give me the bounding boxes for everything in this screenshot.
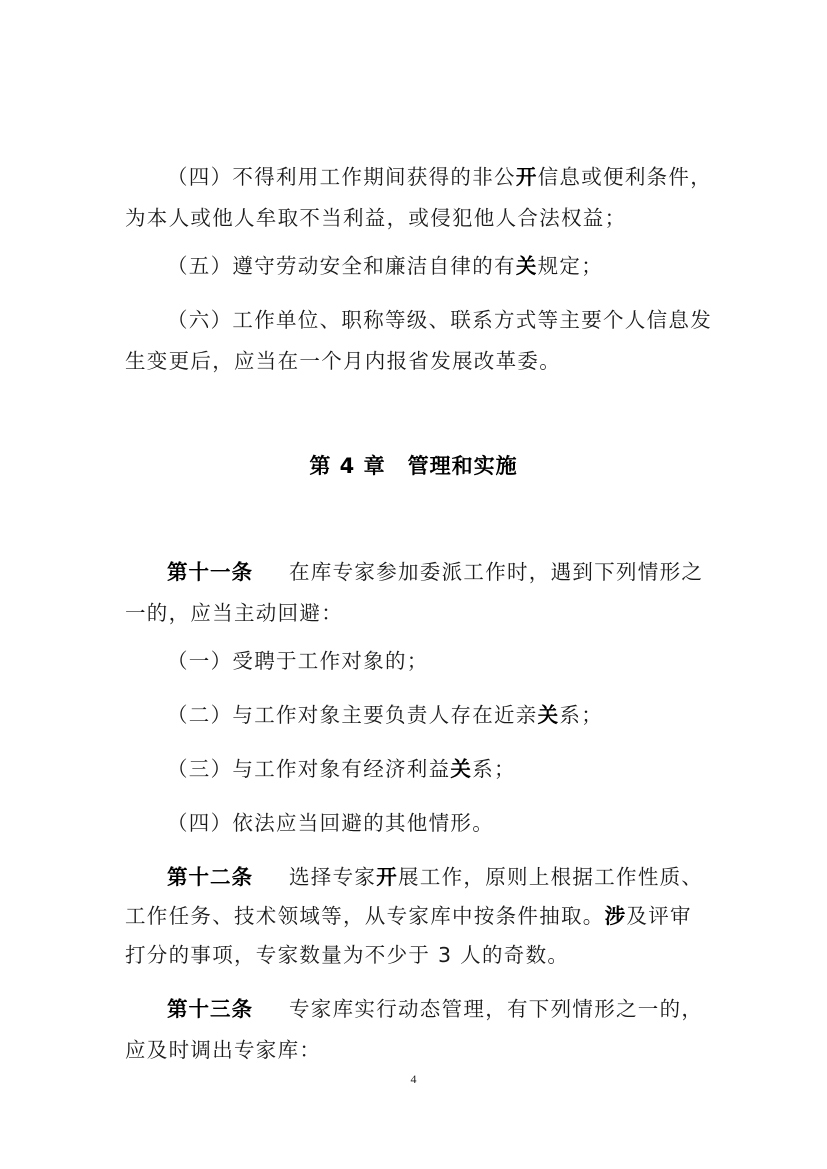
article-12-line-2: 工作任务、技术领域等，从专家库中按条件抽取。涉及评审 (125, 901, 705, 931)
article-11-text: 在库专家参加委派工作时，遇到下列情形之 (289, 560, 703, 584)
item-4-line-1: （四）不得利用工作期间获得的非公开信息或便利条件， (167, 162, 747, 192)
bold-text-segment: 开 (376, 865, 398, 889)
text-segment: 选择专家 (289, 865, 376, 889)
chapter-heading: 第 4 章管理和实施 (0, 451, 827, 481)
chapter-title: 管理和实施 (408, 454, 518, 478)
item-4-line-2: 为本人或他人牟取不当利益，或侵犯他人合法权益； (125, 203, 705, 233)
article-11-line-2: 一的，应当主动回避： (125, 598, 705, 628)
bold-text-segment: 关 (538, 703, 560, 727)
text-segment: 系； (472, 757, 516, 781)
article-13-label: 第十三条 (167, 994, 257, 1024)
item-6-line-2: 生变更后，应当在一个月内报省发展改革委。 (125, 346, 705, 376)
article-11-item-3: （三）与工作对象有经济利益关系； (167, 754, 747, 784)
text-segment: （二）与工作对象主要负责人存在近亲 (167, 703, 538, 727)
item-6-line-1: （六）工作单位、职称等级、联系方式等主要个人信息发 (167, 305, 747, 335)
item-5-line: （五）遵守劳动安全和廉洁自律的有关规定； (167, 251, 747, 281)
article-11-item-1: （一）受聘于工作对象的； (167, 646, 747, 676)
article-13-line-1: 第十三条专家库实行动态管理，有下列情形之一的， (167, 994, 747, 1024)
text-segment: （五）遵守劳动安全和廉洁自律的有 (167, 254, 516, 278)
bold-text-segment: 开 (516, 165, 538, 189)
article-12-line-1: 第十二条选择专家开展工作，原则上根据工作性质、 (167, 862, 747, 892)
bold-text-segment: 关 (450, 757, 472, 781)
chapter-number: 第 4 章 (309, 454, 385, 478)
article-11-label: 第十一条 (167, 557, 257, 587)
text-segment: 规定； (538, 254, 603, 278)
bold-text-segment: 关 (516, 254, 538, 278)
article-13-text: 专家库实行动态管理，有下列情形之一的， (289, 997, 703, 1021)
text-segment: 展工作，原则上根据工作性质、 (398, 865, 703, 889)
text-segment: 系； (559, 703, 603, 727)
article-12-label: 第十二条 (167, 862, 257, 892)
article-11-item-4: （四）依法应当回避的其他情形。 (167, 808, 747, 838)
article-13-line-2: 应及时调出专家库： (125, 1035, 705, 1065)
article-12-line-3: 打分的事项，专家数量为不少于 3 人的奇数。 (125, 940, 705, 970)
text-segment: 工作任务、技术领域等，从专家库中按条件抽取。 (125, 904, 605, 928)
page-number: 4 (0, 1072, 827, 1087)
bold-text-segment: 涉 (605, 904, 627, 928)
article-11-item-2: （二）与工作对象主要负责人存在近亲关系； (167, 700, 747, 730)
text-segment: （三）与工作对象有经济利益 (167, 757, 450, 781)
text-segment: （四）不得利用工作期间获得的非公 (167, 165, 516, 189)
article-11-line-1: 第十一条在库专家参加委派工作时，遇到下列情形之 (167, 557, 747, 587)
text-segment: 及评审 (626, 904, 691, 928)
text-segment: 信息或便利条件， (538, 165, 712, 189)
